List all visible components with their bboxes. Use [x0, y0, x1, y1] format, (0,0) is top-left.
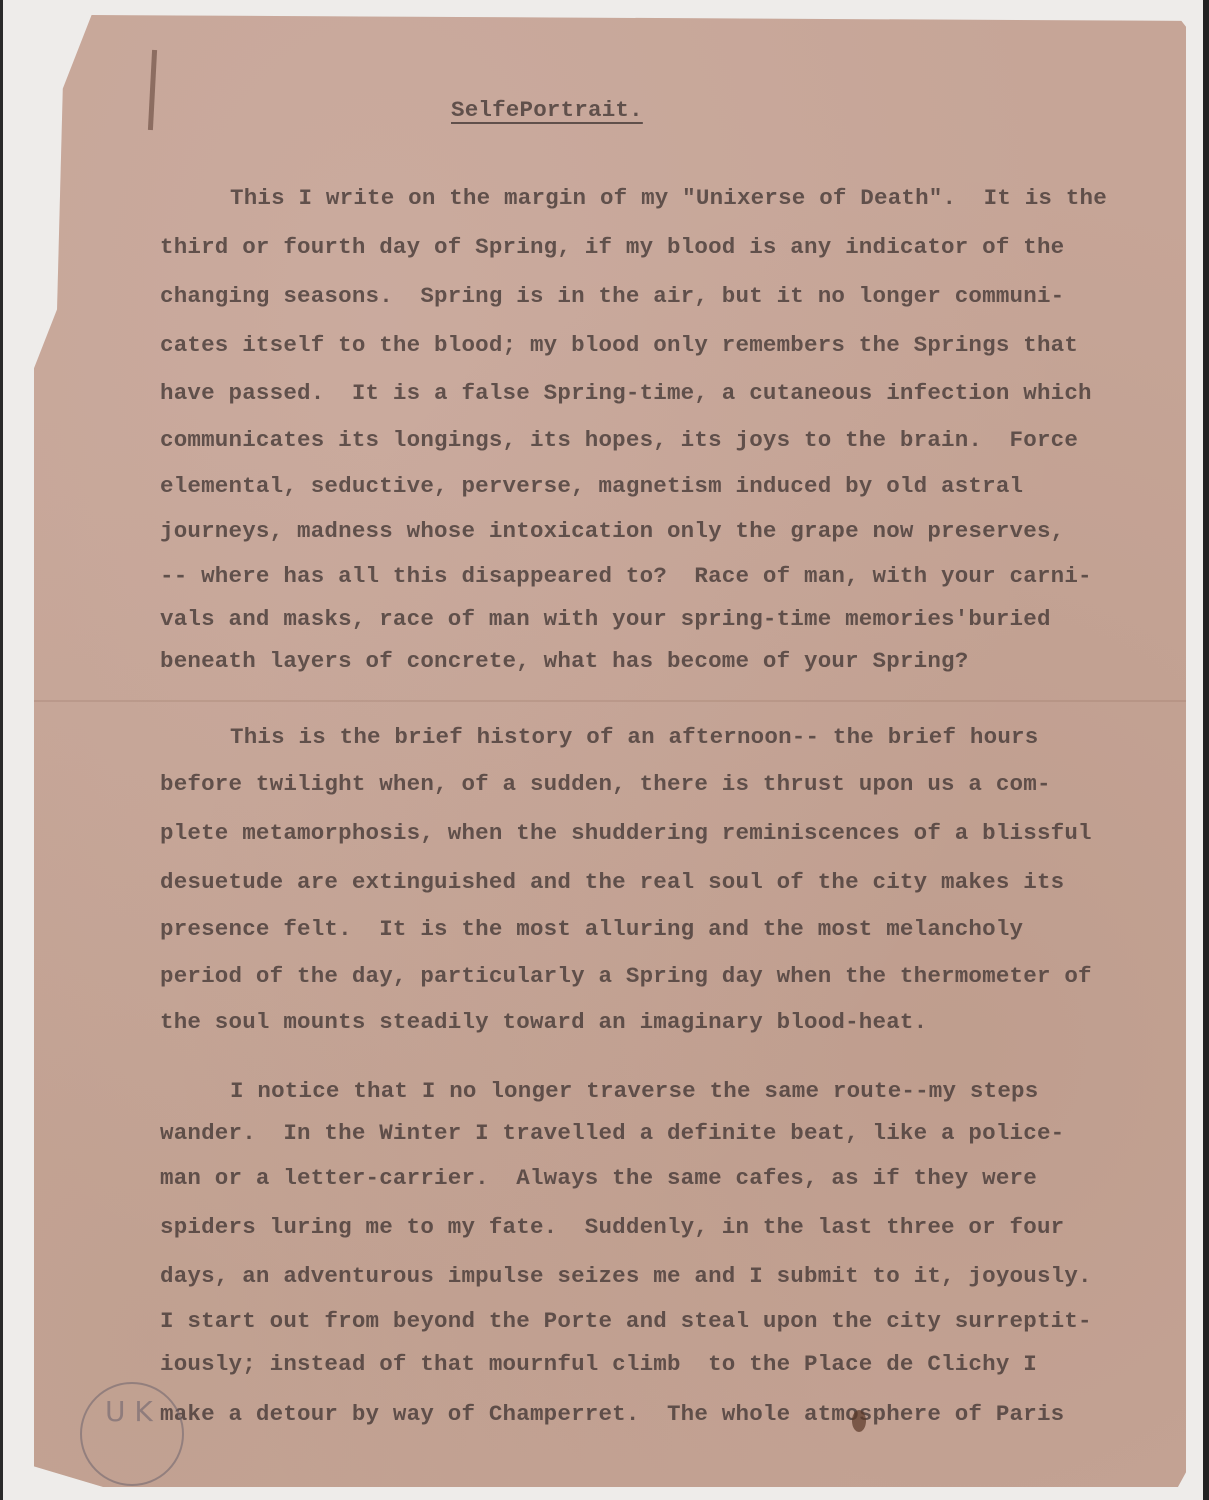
paper-fold — [34, 700, 1186, 702]
text-line: iously; instead of that mournful climb t… — [160, 1351, 1037, 1377]
text-line: -- where has all this disappeared to? Ra… — [160, 563, 1092, 589]
text-line: I start out from beyond the Porte and st… — [160, 1308, 1092, 1334]
text-line: I notice that I no longer traverse the s… — [230, 1078, 1038, 1104]
text-line: have passed. It is a false Spring-time, … — [160, 380, 1092, 406]
text-line: communicates its longings, its hopes, it… — [160, 427, 1078, 453]
scan-edge-left — [0, 0, 3, 1500]
text-line: period of the day, particularly a Spring… — [160, 963, 1092, 989]
text-line: presence felt. It is the most alluring a… — [160, 916, 1023, 942]
text-line: days, an adventurous impulse seizes me a… — [160, 1263, 1092, 1289]
text-line: desuetude are extinguished and the real … — [160, 869, 1064, 895]
text-line: This is the brief history of an afternoo… — [230, 724, 1038, 750]
ink-stain — [852, 1410, 866, 1432]
text-line: man or a letter-carrier. Always the same… — [160, 1165, 1037, 1191]
text-line: This I write on the margin of my "Unixer… — [230, 185, 1107, 211]
text-line: plete metamorphosis, when the shuddering… — [160, 820, 1092, 846]
text-line: spiders luring me to my fate. Suddenly, … — [160, 1214, 1064, 1240]
text-line: cates itself to the blood; my blood only… — [160, 332, 1078, 358]
text-line: third or fourth day of Spring, if my blo… — [160, 234, 1064, 260]
text-line: wander. In the Winter I travelled a defi… — [160, 1120, 1064, 1146]
text-line: vals and masks, race of man with your sp… — [160, 606, 1051, 632]
text-line: the soul mounts steadily toward an imagi… — [160, 1009, 927, 1035]
library-stamp-text: U K — [105, 1395, 153, 1428]
text-line: beneath layers of concrete, what has bec… — [160, 648, 968, 674]
scan-edge-right — [1203, 0, 1209, 1500]
document-title: SelfePortrait. — [451, 97, 643, 123]
text-line: make a detour by way of Champerret. The … — [160, 1401, 1064, 1427]
text-line: elemental, seductive, perverse, magnetis… — [160, 473, 1023, 499]
text-line: changing seasons. Spring is in the air, … — [160, 283, 1064, 309]
text-line: journeys, madness whose intoxication onl… — [160, 518, 1064, 544]
text-line: before twilight when, of a sudden, there… — [160, 771, 1051, 797]
